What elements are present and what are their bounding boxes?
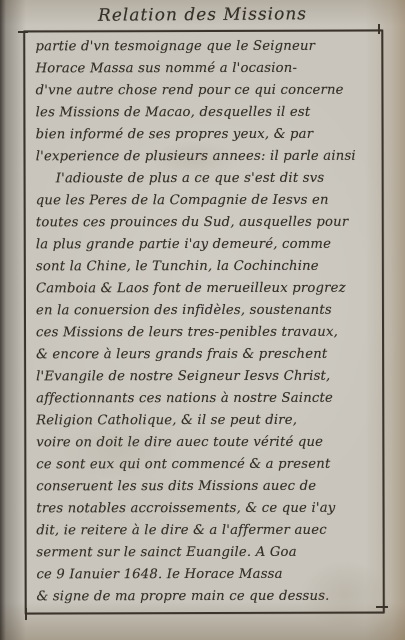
text-line: Camboia & Laos font de merueilleux progr… — [36, 278, 376, 301]
text-line: Religion Catholique, & il se peut dire, — [36, 410, 376, 433]
text-line: voire on doit le dire auec toute vérité … — [36, 432, 376, 455]
text-line: sont la Chine, le Tunchin, la Cochinchin… — [36, 256, 376, 279]
text-line: la plus grande partie i'ay demeuré, comm… — [36, 234, 376, 257]
text-line: ce sont eux qui ont commencé & a present — [36, 454, 376, 477]
page-title: Relation des Missions — [0, 4, 405, 27]
text-line: ce 9 Ianuier 1648. Ie Horace Massa — [36, 564, 376, 587]
frame-corner-stroke — [376, 606, 388, 608]
frame-corner-stroke — [378, 24, 380, 34]
text-line: Horace Massa sus nommé a l'ocasion- — [36, 58, 376, 81]
text-line: que les Peres de la Compagnie de Iesvs e… — [36, 190, 376, 213]
frame-corner-stroke — [25, 608, 27, 620]
text-line: d'vne autre chose rend pour ce qui conce… — [36, 80, 376, 103]
text-line: partie d'vn tesmoignage que le Seigneur — [36, 36, 376, 59]
frame-corner-stroke — [18, 31, 28, 33]
text-line: l'Evangile de nostre Seigneur Iesvs Chri… — [36, 366, 376, 389]
text-line: conseruent les sus dits Missions auec de — [36, 476, 376, 499]
text-line: ces Missions de leurs tres-penibles trav… — [36, 322, 376, 345]
text-line: dit, ie reitere à le dire & a l'affermer… — [36, 520, 376, 543]
manuscript-lines: partie d'vn tesmoignage que le SeigneurH… — [36, 36, 377, 609]
manuscript-page: Relation des Missions partie d'vn tesmoi… — [0, 0, 405, 640]
text-line: serment sur le sainct Euangile. A Goa — [36, 542, 376, 565]
text-line: l'experience de plusieurs annees: il par… — [36, 146, 376, 169]
text-line: affectionnants ces nations à nostre Sain… — [36, 388, 376, 411]
text-line: & encore à leurs grands frais & preschen… — [36, 344, 376, 367]
text-line: toutes ces prouinces du Sud, ausquelles … — [36, 212, 376, 235]
text-line: bien informé de ses propres yeux, & par — [36, 124, 376, 147]
text-line: en la conuersion des infidèles, soustena… — [36, 300, 376, 323]
text-line: & signe de ma propre main ce que dessus. — [36, 586, 376, 609]
text-line: I'adiouste de plus a ce que s'est dit sv… — [36, 168, 376, 191]
text-line: tres notables accroissements, & ce que i… — [36, 498, 376, 521]
text-line: les Missions de Macao, desquelles il est — [36, 102, 376, 125]
